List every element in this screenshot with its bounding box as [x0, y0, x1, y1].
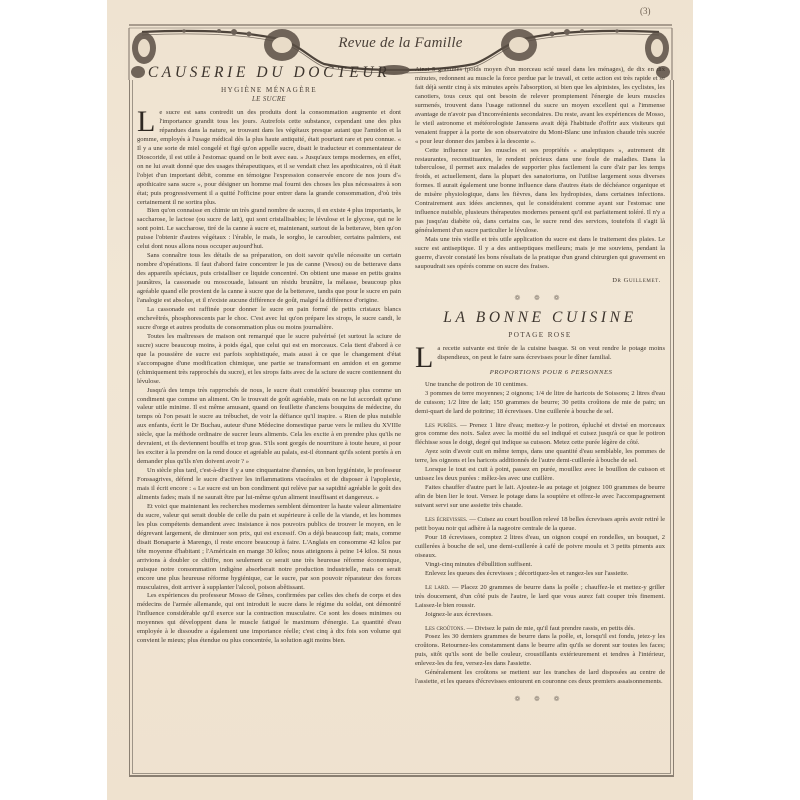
step-label: Les écrevisses.: [425, 516, 468, 523]
proportions-heading: PROPORTIONS POUR 6 PERSONNES: [415, 369, 665, 378]
step-text: — Divisez le pain de mie, qu'il faut pre…: [465, 625, 635, 632]
recipe-subtitle: POTAGE ROSE: [415, 330, 665, 340]
section-title: CAUSERIE DU DOCTEUR: [137, 64, 401, 82]
article-paragraph: Bien qu'on connaisse en chimie un très g…: [137, 207, 401, 252]
drop-cap: L: [137, 110, 155, 134]
section-subtitle: HYGIÈNE MÉNAGÈRE: [137, 85, 401, 95]
recipe-step: Lorsque le tout est cuit à point, passez…: [415, 466, 665, 484]
column-causerie-du-docteur: CAUSERIE DU DOCTEUR HYGIÈNE MÉNAGÈRE LE …: [137, 64, 401, 646]
author-signature: Dr Guillemet.: [415, 277, 661, 286]
intro-text: a recette suivante est tirée de la cuisi…: [437, 345, 665, 361]
article-paragraph: Ainsi 5 grammes (poids moyen d'un morcea…: [415, 66, 665, 147]
step-label: Le lard.: [425, 584, 450, 591]
page-number: (3): [640, 6, 651, 16]
article-paragraph: Et voici que maintenant les recherches m…: [137, 503, 401, 593]
article-paragraph: Cette influence sur les muscles et ses p…: [415, 147, 665, 237]
article-paragraph: Un siècle plus tard, c'est-à-dire il y a…: [137, 467, 401, 503]
recipe-step: Le lard. — Placez 20 grammes de beurre d…: [415, 584, 665, 611]
recipe-step: Enlevez les queues des écrevisses ; déco…: [415, 570, 665, 579]
article-paragraph: Toutes les maîtresses de maison ont rema…: [137, 333, 401, 387]
article-paragraph: Jusqu'à des temps très rapprochés de nou…: [137, 387, 401, 468]
article-paragraph: Sans connaître tous les détails de sa pr…: [137, 252, 401, 306]
recipe-step: Les croûtons. — Divisez le pain de mie, …: [415, 625, 665, 634]
flower-separator-icon: ❁ ❁ ❁: [415, 294, 665, 303]
flower-separator-icon: ❁ ❁ ❁: [415, 695, 665, 704]
recipe-section-title: LA BONNE CUISINE: [415, 309, 665, 327]
masthead-title: Revue de la Famille: [324, 35, 477, 52]
recipe-step: Les écrevisses. — Cuisez au court bouill…: [415, 516, 665, 534]
recipe-step: Vingt-cinq minutes d'ébullition suffisen…: [415, 561, 665, 570]
section-topic: LE SUCRE: [137, 95, 401, 105]
recipe-step: Faites chauffer d'autre part le lait. Aj…: [415, 484, 665, 511]
article-paragraph: Mais une très vieille et très utile appl…: [415, 236, 665, 272]
page-frame-bottom-rule: [129, 775, 674, 777]
article-paragraph: Le sucre est sans contredit un des produ…: [137, 109, 401, 207]
paragraph-text: e sucre est sans contredit un des produi…: [137, 109, 401, 206]
recipe-step: Pour 18 écrevisses, comptez 2 litres d'e…: [415, 534, 665, 561]
step-text: — Placez 20 grammes de beurre dans la po…: [415, 584, 665, 609]
drop-cap: L: [415, 346, 433, 370]
recipe-intro: La recette suivante est tirée de la cuis…: [415, 345, 665, 363]
ingredient-line: Une tranche de potiron de 10 centimes.: [415, 381, 665, 390]
column-right: Ainsi 5 grammes (poids moyen d'un morcea…: [415, 66, 665, 710]
ingredient-line: 3 pommes de terre moyennes; 2 oignons; 1…: [415, 390, 665, 417]
step-label: Les croûtons.: [425, 625, 465, 632]
recipe-step: Généralement les croûtons se mettent sur…: [415, 669, 665, 687]
recipe-step: Joignez-le aux écrevisses.: [415, 611, 665, 620]
recipe-step: Ayez soin d'avoir cuit en même temps, da…: [415, 448, 665, 466]
article-paragraph: La cassonade est raffinée pour donner le…: [137, 306, 401, 333]
recipe-step: Les purées. — Prenez 1 litre d'eau; mett…: [415, 422, 665, 449]
recipe-step: Posez les 30 derniers grammes de beurre …: [415, 633, 665, 669]
article-paragraph: Les expériences du professeur Mosso de G…: [137, 592, 401, 646]
step-label: Les purées.: [425, 422, 458, 429]
